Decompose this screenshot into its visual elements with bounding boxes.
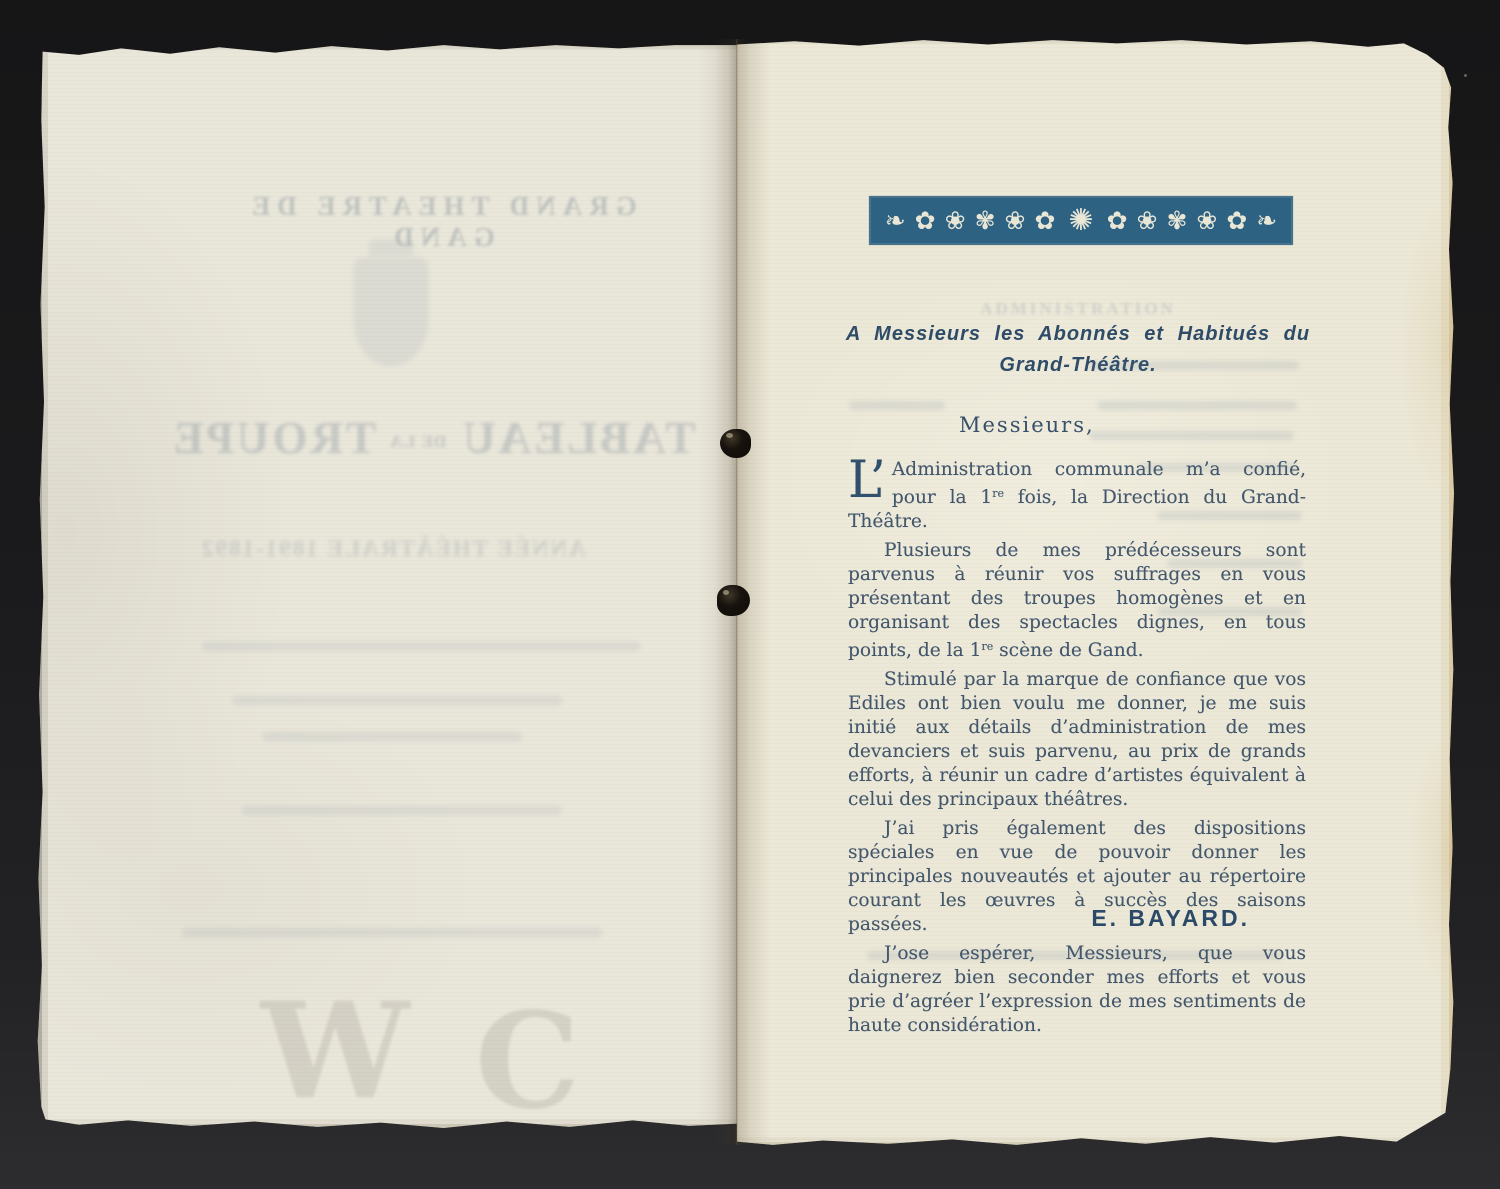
ghost-text-line xyxy=(242,806,562,815)
ghost-text-line xyxy=(202,642,640,651)
ghost-coat-of-arms-shield xyxy=(354,258,428,366)
left-page: GRAND THEATRE DE GAND TABLEAU DE LA TROU… xyxy=(37,44,738,1128)
address-heading: A Messieurs les Abonnés et Habitués du G… xyxy=(845,319,1311,381)
ghost-masthead-mirrored: GRAND THEATRE DE GAND xyxy=(185,191,697,253)
floral-ornament-band: ❧✿❀✾❀✿ ✺ ✿❀✾❀✿❧ xyxy=(869,196,1293,245)
dropcap-letter: L’ xyxy=(848,458,892,501)
paragraph-5: J’ose espérer, Messieurs, que vous daign… xyxy=(848,942,1306,1038)
paragraph-2: Plusieurs de mes prédécesseurs sont parv… xyxy=(848,539,1306,663)
signature: E. BAYARD. xyxy=(848,905,1306,932)
ordinal-superscript: re xyxy=(981,640,993,653)
ghost-title-word2: TROUPE xyxy=(171,413,377,463)
floral-ornament-icon: ✿❀✾❀✿❧ xyxy=(1098,196,1287,245)
letter-body: L’Administration communale m’a confié, p… xyxy=(848,458,1306,1043)
right-page: ❧✿❀✾❀✿ ✺ ✿❀✾❀✿❧ ADMINISTRATION A Messieu… xyxy=(737,39,1454,1146)
watermark-letter: C xyxy=(475,984,580,1139)
ghost-season-line-mirrored: ANNÉE THÉÂTRALE 1891-1892 xyxy=(193,536,593,562)
floral-ornament-icon: ❧✿❀✾❀✿ xyxy=(876,196,1065,245)
address-line-1: A Messieurs les Abonnés et Habitués du xyxy=(845,319,1311,350)
right-page-content: ❧✿❀✾❀✿ ✺ ✿❀✾❀✿❧ ADMINISTRATION A Messieu… xyxy=(737,39,1454,1146)
ghost-administration-header: ADMINISTRATION xyxy=(963,299,1193,319)
ordinal-superscript: re xyxy=(992,487,1004,500)
paragraph-3: Stimulé par la marque de confiance que v… xyxy=(848,668,1306,812)
ghost-text-line xyxy=(1089,431,1294,440)
ghost-title-connector: DE LA xyxy=(390,432,446,451)
ghost-text-line xyxy=(1089,361,1299,370)
stitch-hole-glint xyxy=(723,590,729,595)
ghost-title-mirrored: TABLEAU DE LA TROUPE xyxy=(155,412,711,464)
stitch-hole xyxy=(720,429,751,458)
salutation: Messieurs, xyxy=(959,413,1095,437)
paragraph-text: scène de Gand. xyxy=(993,640,1143,661)
stitch-hole xyxy=(717,585,750,616)
dust-speck xyxy=(1464,74,1467,77)
scanned-booklet-spread: GRAND THEATRE DE GAND TABLEAU DE LA TROU… xyxy=(0,0,1500,1189)
ghost-text-line xyxy=(1097,401,1297,410)
stitch-hole-glint xyxy=(726,433,733,438)
ghost-text-line xyxy=(262,732,522,741)
ghost-text-line xyxy=(232,696,562,705)
ghost-text-line xyxy=(182,928,602,937)
mascaron-face-icon: ✺ xyxy=(1068,196,1093,245)
ghost-title-word1: TABLEAU xyxy=(460,413,695,463)
watermark-letter: W xyxy=(261,974,409,1129)
ghost-coat-of-arms-crown xyxy=(369,240,413,256)
paragraph-1: L’Administration communale m’a confié, p… xyxy=(848,458,1306,534)
ghost-text-line xyxy=(849,401,945,410)
